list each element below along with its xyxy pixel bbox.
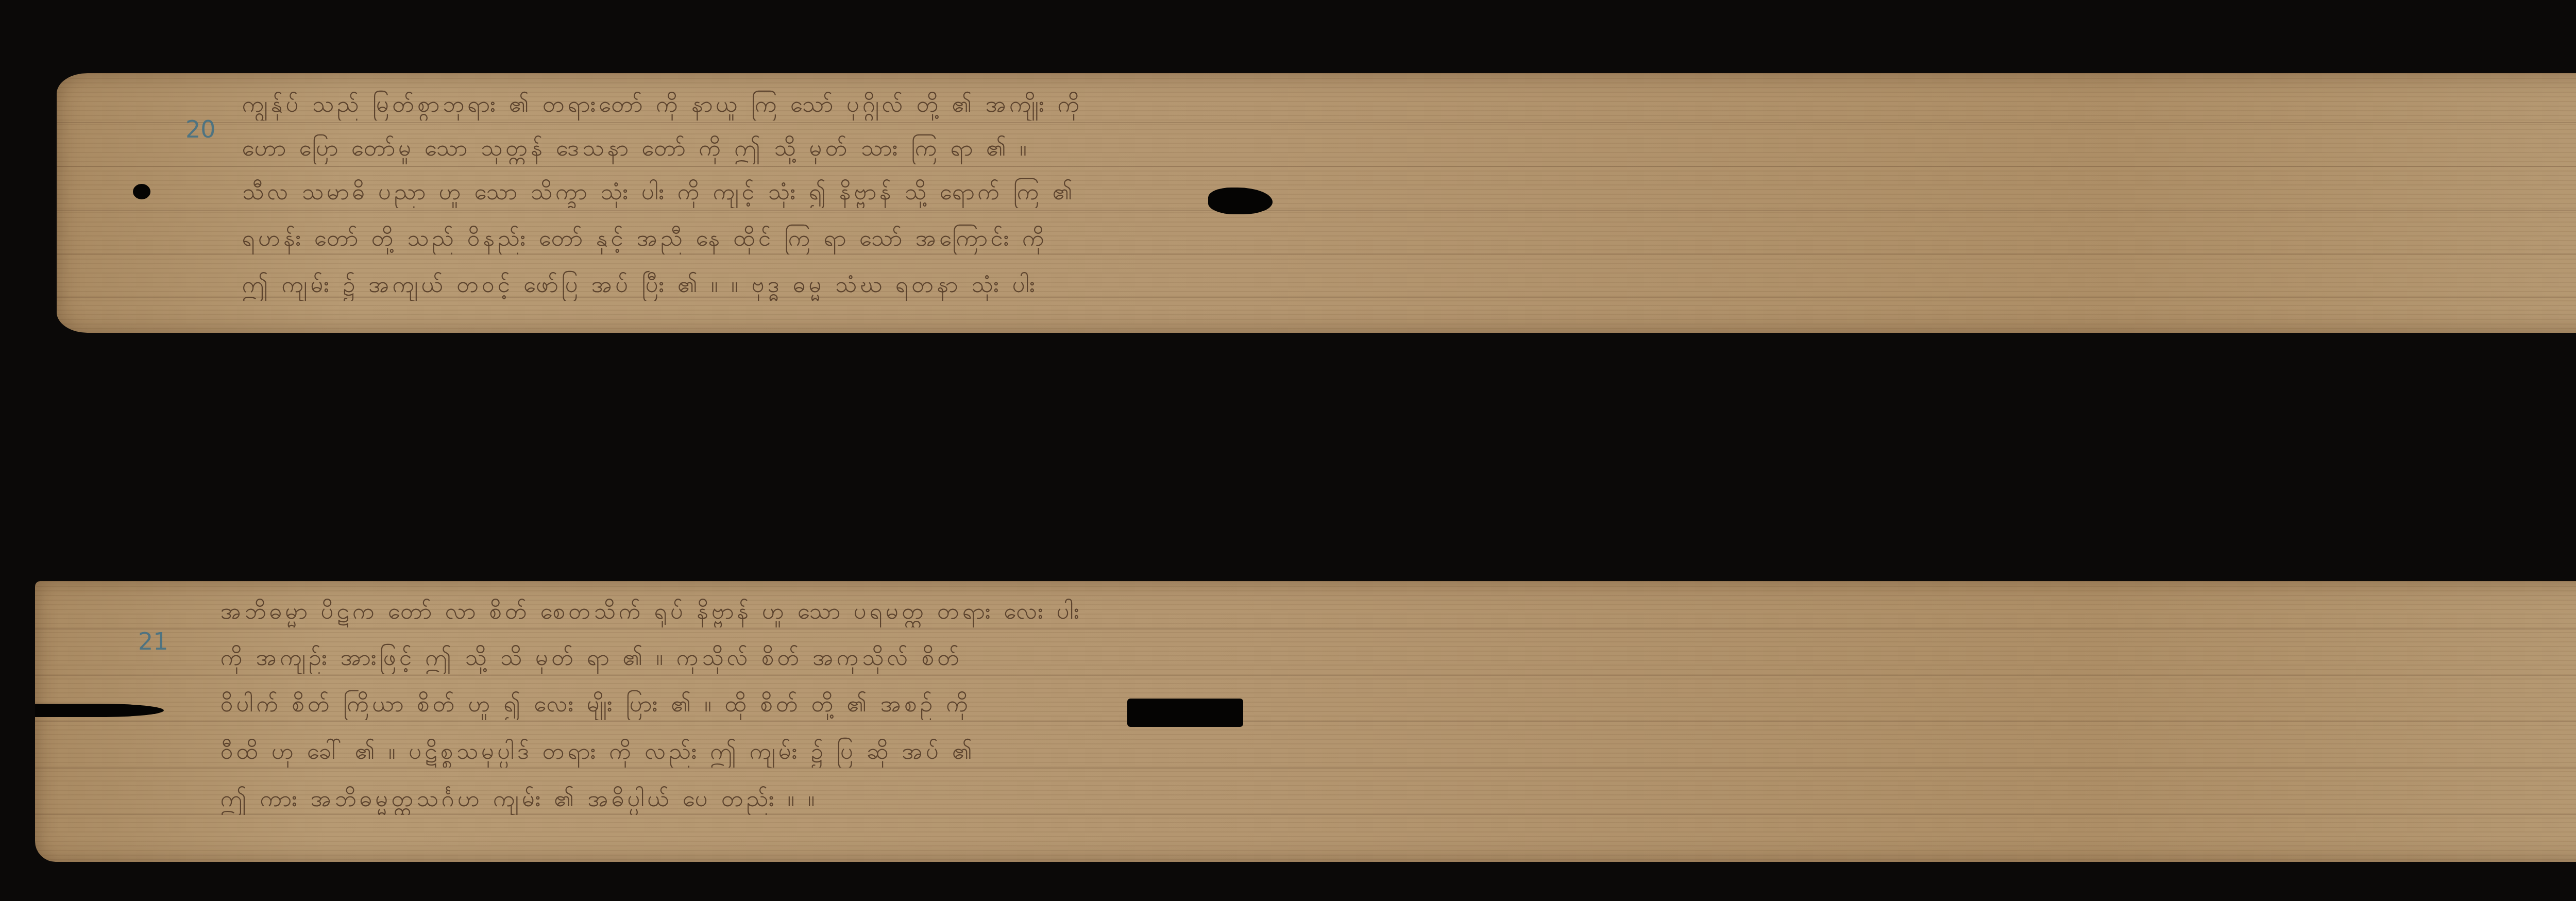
manuscript-line: ဟော ပြော တော်မူ သော သုတ္တန် ဒေသနာ တော် က…	[242, 132, 2576, 164]
ruling-line	[35, 768, 2576, 769]
ruling-line	[57, 166, 2576, 167]
manuscript-line: ဤ ကား အဘိဓမ္မတ္ထသင်္ဂဟ ကျမ်း ၏ အဓိပ္ပါယ်…	[221, 783, 2576, 815]
folio-number-left: 21	[138, 627, 168, 655]
ruling-line	[57, 122, 2576, 123]
ruling-line	[35, 675, 2576, 676]
ruling-line	[57, 210, 2576, 211]
palm-leaf-folio-21: 21 21 အဘိဓမ္မာ ပိဋက တော် လာ စိတ် စေတသိက်…	[35, 581, 2576, 862]
ruling-line	[35, 628, 2576, 630]
manuscript-line: ဤ ကျမ်း ၌ အကျယ် တဝင့် ဖော်ပြ အပ် ပြီး ၏ …	[242, 269, 2576, 301]
string-slot-center	[1127, 699, 1243, 727]
manuscript-line: အဘိဓမ္မာ ပိဋက တော် လာ စိတ် စေတသိက် ရုပ် …	[221, 596, 2576, 627]
manuscript-line: ကို အကျဉ်း အားဖြင့် ဤ သို့ သိ မှတ် ရာ ၏ …	[221, 642, 2576, 674]
folio-number-left: 20	[185, 115, 216, 143]
manuscript-line: ဝိပါက် စိတ် ကြိယာ စိတ် ဟူ ၍ လေး မျိုး ပြ…	[221, 688, 2576, 720]
string-slot-left	[35, 704, 164, 717]
manuscript-line: သီလ သမာဓိ ပညာ ဟူ သော သိက္ခာ သုံး ပါး ကို…	[242, 176, 2576, 208]
manuscript-line: ကျွန်ုပ် သည် မြတ်စွာဘုရား ၏ တရားတော် ကို…	[242, 89, 2576, 121]
ruling-line	[35, 721, 2576, 722]
manuscript-line: ရဟန်း တော် တို့ သည် ဝိနည်း တော် နှင့် အည…	[242, 223, 2576, 254]
manuscript-line: ဝီထိ ဟု ခေါ် ၏ ။ ပဋိစ္စသမုပ္ပါဒ် တရား ကိ…	[221, 736, 2576, 768]
palm-leaf-folio-20: 20 20 ကျွန်ုပ် သည် မြတ်စွာဘုရား ၏ တရားတေ…	[57, 73, 2576, 333]
string-hole-left	[133, 184, 150, 199]
